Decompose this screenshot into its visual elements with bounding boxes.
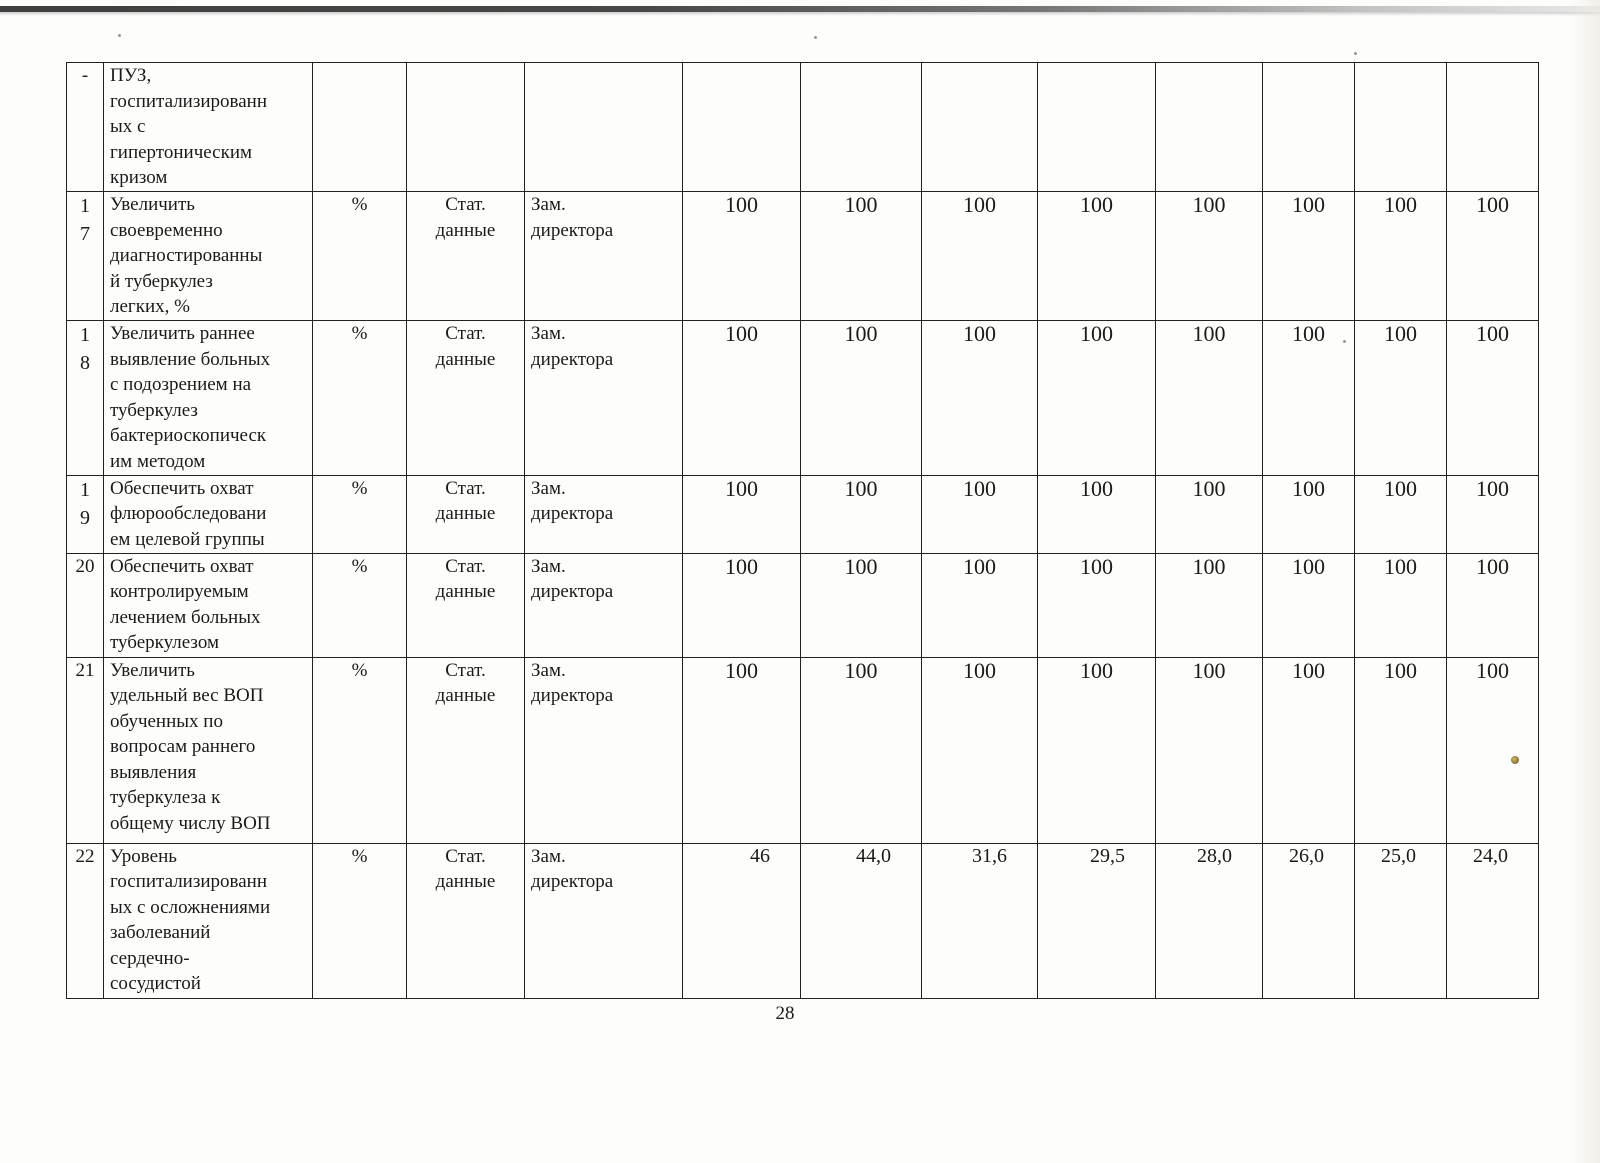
- row-number: 21: [67, 657, 104, 843]
- value-cell: 100: [1447, 191, 1539, 320]
- value-cell: 100: [1038, 553, 1156, 657]
- indicators-table: -ПУЗ,госпитализированных сгипертонически…: [66, 62, 1539, 999]
- value-cell: 25,0: [1355, 843, 1447, 998]
- value-cell: 46: [683, 843, 801, 998]
- value-cell: 100: [1355, 553, 1447, 657]
- staple-hole-mark: [1511, 756, 1519, 764]
- scan-top-shadow: [0, 12, 1600, 16]
- page-number: 28: [760, 1003, 810, 1025]
- responsible-cell: Зам.директора: [525, 475, 683, 553]
- value-cell: 100: [1263, 191, 1355, 320]
- value-cell: 100: [683, 475, 801, 553]
- value-cell: 100: [922, 191, 1038, 320]
- value-cell: 26,0: [1263, 843, 1355, 998]
- value-cell: 100: [1355, 320, 1447, 475]
- value-cell: 100: [922, 553, 1038, 657]
- unit-cell: %: [313, 843, 407, 998]
- value-cell: [1038, 63, 1156, 192]
- scan-speck: [118, 34, 121, 37]
- table-row: 18Увеличить раннеевыявление больныхс под…: [67, 320, 1539, 475]
- value-cell: 100: [1038, 475, 1156, 553]
- value-cell: [1156, 63, 1263, 192]
- value-cell: 100: [1263, 475, 1355, 553]
- value-cell: 100: [801, 475, 922, 553]
- source-cell: Стат.данные: [407, 191, 525, 320]
- source-cell: Стат.данные: [407, 843, 525, 998]
- scan-right-shadow: [1570, 0, 1600, 1163]
- unit-cell: %: [313, 320, 407, 475]
- indicator-name: ПУЗ,госпитализированных сгипертоническим…: [104, 63, 313, 192]
- table-row: 22Уровеньгоспитализированных с осложнени…: [67, 843, 1539, 998]
- value-cell: 100: [1355, 475, 1447, 553]
- value-cell: 100: [683, 657, 801, 843]
- value-cell: 28,0: [1156, 843, 1263, 998]
- value-cell: [801, 63, 922, 192]
- value-cell: 100: [1038, 320, 1156, 475]
- value-cell: 100: [1447, 553, 1539, 657]
- value-cell: 100: [1038, 657, 1156, 843]
- value-cell: 100: [1355, 657, 1447, 843]
- indicator-name: Уровеньгоспитализированных с осложнениям…: [104, 843, 313, 998]
- table-row: 19Обеспечить охватфлюрообследованием цел…: [67, 475, 1539, 553]
- value-cell: 100: [801, 320, 922, 475]
- indicator-name: Обеспечить охватфлюрообследованием целев…: [104, 475, 313, 553]
- indicator-name: Обеспечить охватконтролируемымлечением б…: [104, 553, 313, 657]
- scan-speck: [814, 36, 817, 39]
- value-cell: 100: [1156, 657, 1263, 843]
- row-number: -: [67, 63, 104, 192]
- value-cell: 100: [1355, 191, 1447, 320]
- value-cell: 100: [1038, 191, 1156, 320]
- value-cell: 100: [1263, 657, 1355, 843]
- responsible-cell: [525, 63, 683, 192]
- responsible-cell: Зам.директора: [525, 657, 683, 843]
- source-cell: Стат.данные: [407, 475, 525, 553]
- table-row: 20Обеспечить охватконтролируемымлечением…: [67, 553, 1539, 657]
- table-row: 21Увеличитьудельный вес ВОПобученных пов…: [67, 657, 1539, 843]
- value-cell: 100: [922, 475, 1038, 553]
- row-number: 17: [67, 191, 104, 320]
- value-cell: 29,5: [1038, 843, 1156, 998]
- unit-cell: %: [313, 191, 407, 320]
- value-cell: 44,0: [801, 843, 922, 998]
- value-cell: 100: [922, 657, 1038, 843]
- value-cell: 31,6: [922, 843, 1038, 998]
- value-cell: 24,0: [1447, 843, 1539, 998]
- source-cell: [407, 63, 525, 192]
- value-cell: 100: [1263, 553, 1355, 657]
- unit-cell: %: [313, 657, 407, 843]
- source-cell: Стат.данные: [407, 320, 525, 475]
- value-cell: [922, 63, 1038, 192]
- value-cell: 100: [801, 191, 922, 320]
- value-cell: 100: [1156, 475, 1263, 553]
- indicator-name: Увеличитьудельный вес ВОПобученных повоп…: [104, 657, 313, 843]
- row-number: 19: [67, 475, 104, 553]
- scan-speck: [1343, 340, 1346, 343]
- scan-speck: [1354, 52, 1357, 55]
- value-cell: 100: [1263, 320, 1355, 475]
- table-body: -ПУЗ,госпитализированных сгипертонически…: [67, 63, 1539, 999]
- table-row: 17Увеличитьсвоевременнодиагностированный…: [67, 191, 1539, 320]
- unit-cell: %: [313, 553, 407, 657]
- unit-cell: [313, 63, 407, 192]
- responsible-cell: Зам.директора: [525, 553, 683, 657]
- value-cell: 100: [1447, 320, 1539, 475]
- row-number: 18: [67, 320, 104, 475]
- value-cell: [1355, 63, 1447, 192]
- indicator-name: Увеличить раннеевыявление больныхс подоз…: [104, 320, 313, 475]
- indicator-name: Увеличитьсвоевременнодиагностированный т…: [104, 191, 313, 320]
- value-cell: 100: [1156, 320, 1263, 475]
- value-cell: 100: [801, 657, 922, 843]
- value-cell: 100: [922, 320, 1038, 475]
- value-cell: [683, 63, 801, 192]
- source-cell: Стат.данные: [407, 553, 525, 657]
- value-cell: 100: [683, 320, 801, 475]
- value-cell: 100: [1156, 191, 1263, 320]
- value-cell: [1263, 63, 1355, 192]
- responsible-cell: Зам.директора: [525, 843, 683, 998]
- value-cell: 100: [1156, 553, 1263, 657]
- value-cell: 100: [683, 191, 801, 320]
- row-number: 20: [67, 553, 104, 657]
- value-cell: 100: [1447, 475, 1539, 553]
- responsible-cell: Зам.директора: [525, 191, 683, 320]
- value-cell: [1447, 63, 1539, 192]
- source-cell: Стат.данные: [407, 657, 525, 843]
- responsible-cell: Зам.директора: [525, 320, 683, 475]
- unit-cell: %: [313, 475, 407, 553]
- row-number: 22: [67, 843, 104, 998]
- table-row: -ПУЗ,госпитализированных сгипертонически…: [67, 63, 1539, 192]
- value-cell: 100: [801, 553, 922, 657]
- value-cell: 100: [1447, 657, 1539, 843]
- value-cell: 100: [683, 553, 801, 657]
